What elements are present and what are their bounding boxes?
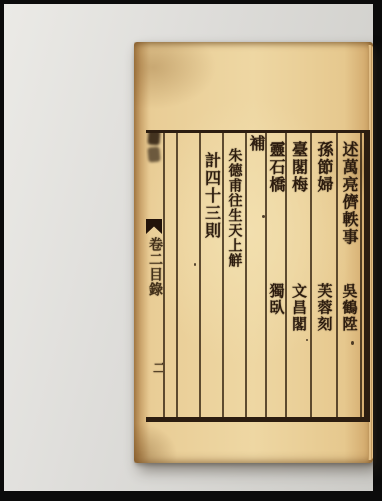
toc-entry-top: 臺閣梅 bbox=[291, 141, 307, 194]
spine-title-smudge bbox=[147, 147, 160, 163]
toc-column: 述萬亮儕軼事 吳鶴陞 bbox=[336, 133, 360, 417]
toc-column: 朱德甫往生天上觧 bbox=[222, 133, 245, 417]
toc-entry-top: 孫節婦 bbox=[316, 141, 332, 194]
text-block: 卷二目錄 二 述萬亮儕軼事 吳鶴陞 孫節婦 芙蓉刻 臺閣梅 文昌閣 bbox=[146, 130, 370, 422]
toc-column: 靈石橋 獨臥 bbox=[265, 133, 285, 417]
toc-column: 臺閣梅 文昌閣 bbox=[285, 133, 310, 417]
spine-title-smudge bbox=[147, 133, 160, 145]
toc-columns: 述萬亮儕軼事 吳鶴陞 孫節婦 芙蓉刻 臺閣梅 文昌閣 靈石橋 獨臥 bbox=[163, 133, 362, 417]
toc-column bbox=[176, 133, 199, 417]
toc-entry-bottom: 獨臥 bbox=[269, 283, 284, 316]
toc-entry-bottom: 吳鶴陞 bbox=[342, 283, 357, 333]
spine-column: 卷二目錄 二 bbox=[146, 133, 163, 417]
toc-entry-top: 靈石橋 bbox=[268, 141, 284, 194]
photo-frame: 卷二目錄 二 述萬亮儕軼事 吳鶴陞 孫節婦 芙蓉刻 臺閣梅 文昌閣 bbox=[0, 0, 382, 501]
toc-column bbox=[163, 133, 176, 417]
toc-entry-top: 朱德甫往生天上觧 bbox=[228, 148, 242, 268]
toc-entry-bottom: 芙蓉刻 bbox=[317, 283, 332, 333]
toc-entry-top: 補 bbox=[248, 135, 264, 153]
toc-column: 計四十三則 bbox=[199, 133, 222, 417]
photo-background: 卷二目錄 二 述萬亮儕軼事 吳鶴陞 孫節婦 芙蓉刻 臺閣梅 文昌閣 bbox=[4, 4, 373, 491]
toc-entry-bottom: 文昌閣 bbox=[291, 283, 306, 333]
ink-speck bbox=[306, 339, 308, 341]
spine-chapter-label: 卷二目錄 bbox=[146, 237, 163, 297]
toc-column: 補 bbox=[245, 133, 265, 417]
fishtail-ornament bbox=[146, 219, 162, 234]
ink-speck bbox=[194, 263, 196, 266]
toc-entry-top: 述萬亮儕軼事 bbox=[341, 141, 357, 246]
book: 卷二目錄 二 述萬亮儕軼事 吳鶴陞 孫節婦 芙蓉刻 臺閣梅 文昌閣 bbox=[134, 42, 373, 463]
ink-speck bbox=[351, 341, 354, 345]
spine-page-number: 二 bbox=[148, 361, 163, 374]
toc-entry-top: 計四十三則 bbox=[204, 152, 220, 240]
toc-column: 孫節婦 芙蓉刻 bbox=[310, 133, 336, 417]
ink-speck bbox=[262, 215, 265, 218]
